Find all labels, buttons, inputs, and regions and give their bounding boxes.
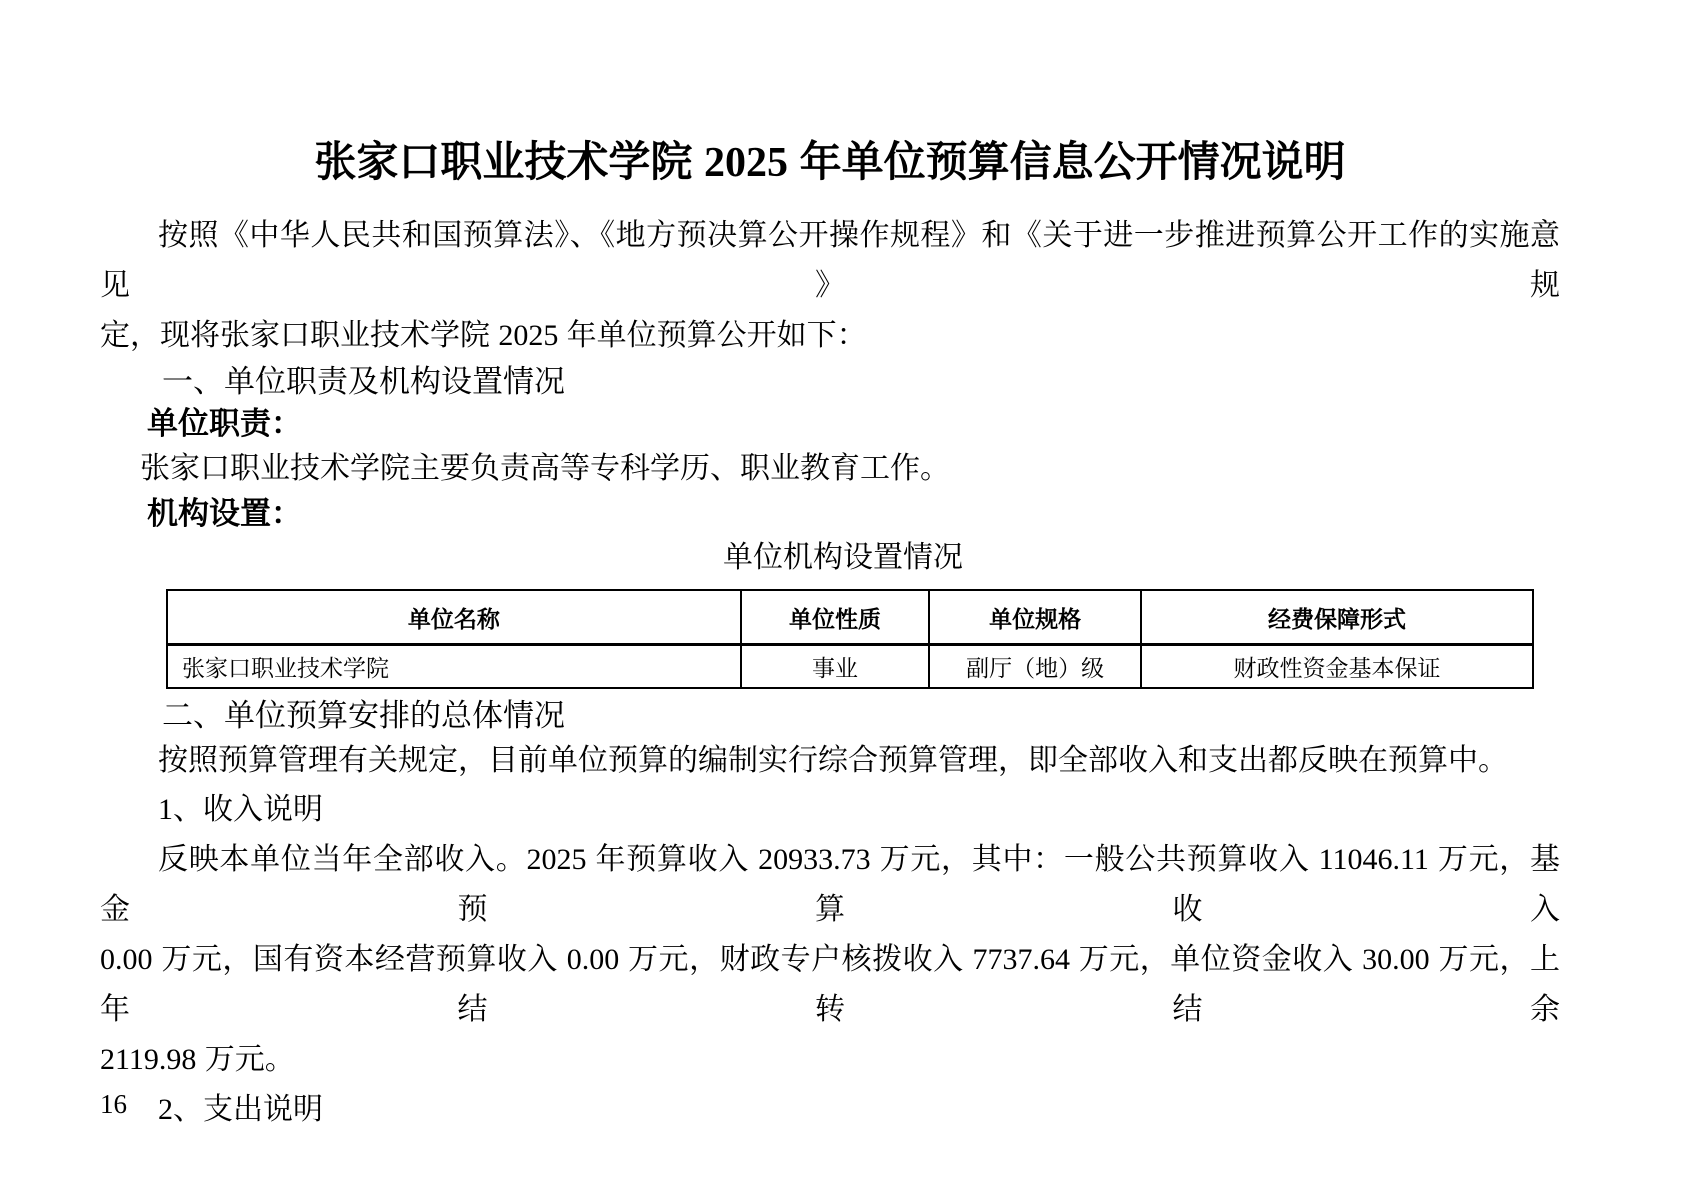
unit-duty-text: 张家口职业技术学院主要负责高等专科学历、职业教育工作。 [100, 445, 1560, 493]
expense-subheading: 2、支出说明 [100, 1085, 1560, 1135]
section-one-heading: 一、单位职责及机构设置情况 [100, 361, 1560, 403]
table-row: 张家口职业技术学院 事业 副厅（地）级 财政性资金基本保证 [167, 645, 1533, 689]
text-line: 2119.98 万元。 [100, 1035, 1560, 1085]
cell-unit-grade: 副厅（地）级 [929, 645, 1141, 689]
org-setup-label: 机构设置： [100, 493, 1560, 535]
text-line: 反映本单位当年全部收入。2025 年预算收入 20933.73 万元，其中：一般… [100, 835, 1560, 935]
budget-overview-paragraph: 按照预算管理有关规定，目前单位预算的编制实行综合预算管理，即全部收入和支出都反映… [100, 737, 1560, 785]
org-table-title: 单位机构设置情况 [100, 535, 1586, 581]
text-line: 按照《中华人民共和国预算法》、《地方预决算公开操作规程》和《关于进一步推进预算公… [100, 211, 1560, 311]
income-paragraph: 反映本单位当年全部收入。2025 年预算收入 20933.73 万元，其中：一般… [100, 835, 1560, 1085]
income-subheading: 1、收入说明 [100, 785, 1560, 835]
text-line: 定，现将张家口职业技术学院 2025 年单位预算公开如下： [100, 311, 1560, 361]
cell-funding-form: 财政性资金基本保证 [1141, 645, 1533, 689]
unit-duty-label: 单位职责： [100, 403, 1560, 445]
cell-unit-name: 张家口职业技术学院 [167, 645, 741, 689]
header-unit-nature: 单位性质 [741, 590, 930, 645]
document-page: 张家口职业技术学院 2025 年单位预算信息公开情况说明 按照《中华人民共和国预… [0, 0, 1684, 1190]
header-funding-form: 经费保障形式 [1141, 590, 1533, 645]
header-unit-grade: 单位规格 [929, 590, 1141, 645]
table-header-row: 单位名称 单位性质 单位规格 经费保障形式 [167, 590, 1533, 645]
text-line: 0.00 万元，国有资本经营预算收入 0.00 万元，财政专户核拨收入 7737… [100, 935, 1560, 1035]
header-unit-name: 单位名称 [167, 590, 741, 645]
section-two-heading: 二、单位预算安排的总体情况 [100, 695, 1560, 737]
document-content: 张家口职业技术学院 2025 年单位预算信息公开情况说明 按照《中华人民共和国预… [100, 0, 1560, 1135]
cell-unit-nature: 事业 [741, 645, 930, 689]
org-setup-table: 单位名称 单位性质 单位规格 经费保障形式 张家口职业技术学院 事业 副厅（地）… [166, 589, 1534, 689]
document-title: 张家口职业技术学院 2025 年单位预算信息公开情况说明 [100, 136, 1560, 189]
page-number: 16 [100, 1088, 127, 1120]
intro-paragraph: 按照《中华人民共和国预算法》、《地方预决算公开操作规程》和《关于进一步推进预算公… [100, 211, 1560, 361]
